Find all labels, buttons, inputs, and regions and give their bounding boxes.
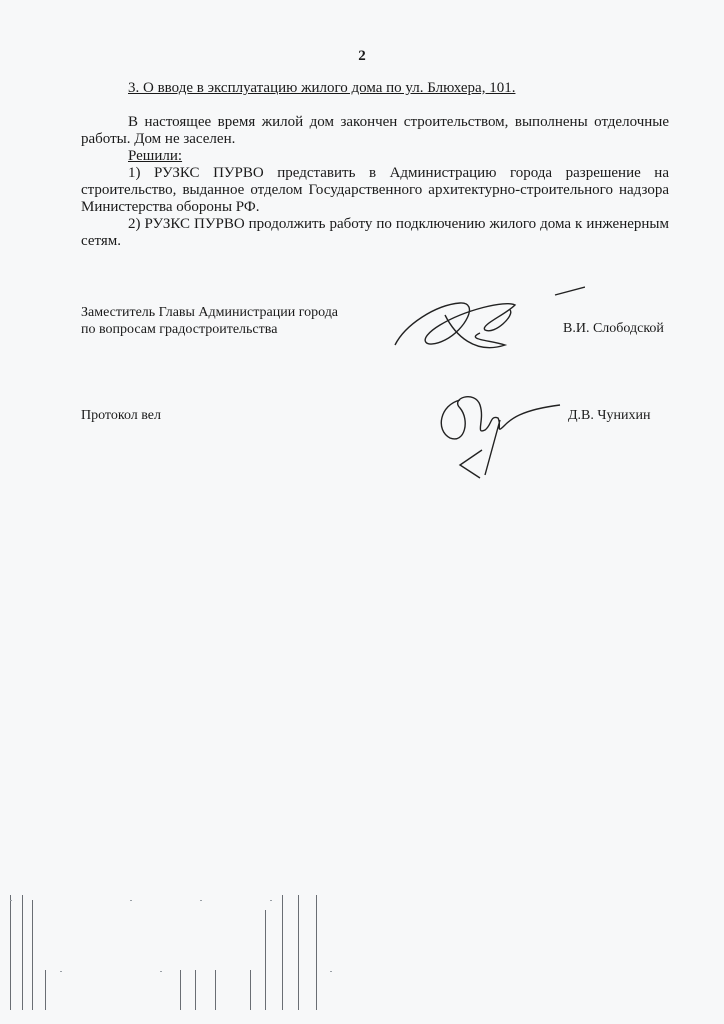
- signatory-title-1-line2: по вопросам градостроительства: [81, 321, 338, 338]
- section-heading: 3. О вводе в эксплуатацию жилого дома по…: [128, 80, 515, 97]
- scan-artifact-marks: [0, 880, 340, 1020]
- page-number: 2: [0, 48, 724, 65]
- section-paragraph: В настоящее время жилой дом закончен стр…: [81, 114, 669, 148]
- signatory-title-1-line1: Заместитель Главы Администрации города: [81, 304, 338, 321]
- decided-label: Решили:: [128, 148, 182, 165]
- document-page: 2 3. О вводе в эксплуатацию жилого дома …: [0, 0, 724, 1024]
- signatory-name-1: В.И. Слободской: [563, 321, 664, 337]
- signatory-title-1: Заместитель Главы Администрации города п…: [81, 304, 338, 338]
- handwritten-signature-1: [385, 285, 585, 360]
- decision-item-1: 1) РУЗКС ПУРВО представить в Администрац…: [81, 165, 669, 216]
- signatory-title-2: Протокол вел: [81, 408, 161, 424]
- signatory-name-2: Д.В. Чунихин: [568, 408, 650, 424]
- handwritten-signature-2: [430, 380, 580, 480]
- decision-item-2: 2) РУЗКС ПУРВО продолжить работу по подк…: [81, 216, 669, 250]
